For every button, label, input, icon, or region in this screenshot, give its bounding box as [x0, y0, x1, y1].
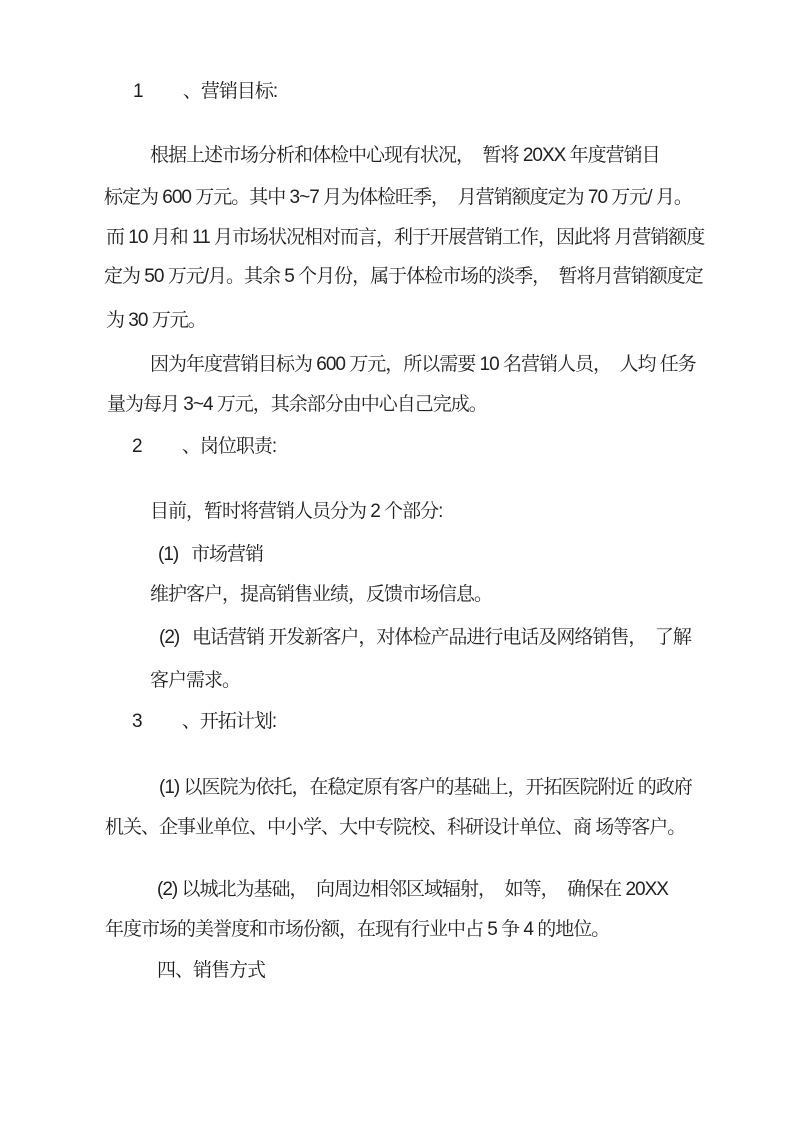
paragraph-line: 机关、企事业单位、中小学、大中专院校、科研设计单位、商 场等客户。	[105, 816, 685, 840]
paragraph-line: 目前，暂时将营销人员分为 2 个部分:	[150, 500, 442, 524]
paragraph-line: 根据上述市场分析和体检中心现有状况， 暂将 20XX 年度营销目	[150, 144, 660, 168]
paragraph-line: 客户需求。	[150, 669, 240, 693]
list-item-2-telemarketing: (2) 电话营销 开发新客户，对体检产品进行电话及网络销售， 了解	[159, 626, 691, 650]
heading-1-marketing-goals: 1 、营销目标:	[133, 80, 277, 104]
paragraph-line: 量为每月 3~4 万元，其余部分由中心自己完成。	[107, 393, 487, 417]
heading-3-expansion-plan: 3 、开拓计划:	[132, 710, 276, 734]
paragraph-line: 维护客户，提高销售业绩，反馈市场信息。	[150, 583, 492, 607]
paragraph-line: 而 10 月和 11 月市场状况相对而言，利于开展营销工作，因此将 月营销额度	[106, 226, 704, 250]
heading-2-job-duties: 2 、岗位职责:	[132, 435, 276, 459]
paragraph-line: 因为年度营销目标为 600 万元，所以需要 10 名营销人员， 人均 任务	[150, 353, 696, 377]
paragraph-line: 年度市场的美誉度和市场份额，在现有行业中占 5 争 4 的地位。	[105, 918, 609, 942]
list-item-2-chengbei-based: (2) 以城北为基础， 向周边相邻区域辐射， 如等， 确保在 20XX	[157, 878, 668, 902]
list-item-1-hospital-based: (1) 以医院为依托，在稳定原有客户的基础上，开拓医院附近 的政府	[159, 776, 692, 800]
paragraph-line: 标定为 600 万元。其中 3~7 月为体检旺季， 月营销额度定为 70 万元/…	[104, 186, 692, 210]
document-page: 1 、营销目标: 根据上述市场分析和体检中心现有状况， 暂将 20XX 年度营销…	[0, 0, 792, 1122]
list-item-1-market-marketing: (1) 市场营销	[158, 543, 263, 567]
heading-4-sales-method: 四、销售方式	[157, 959, 265, 983]
paragraph-line: 为 30 万元。	[106, 309, 206, 333]
paragraph-line: 定为 50 万元/月。其余 5 个月份，属于体检市场的淡季， 暂将月营销额度定	[104, 265, 703, 289]
